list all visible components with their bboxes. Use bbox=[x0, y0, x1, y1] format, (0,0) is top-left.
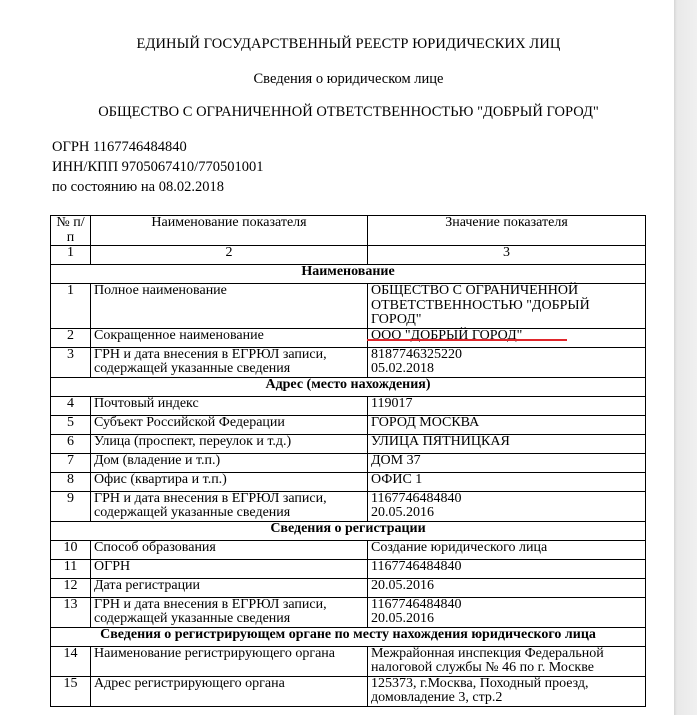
table-row: 2Сокращенное наименованиеООО "ДОБРЫЙ ГОР… bbox=[51, 328, 646, 347]
table-row: 3ГРН и дата внесения в ЕГРЮЛ записи, сод… bbox=[51, 347, 646, 377]
row-number: 2 bbox=[51, 328, 91, 347]
row-number: 8 bbox=[51, 472, 91, 491]
row-indicator-name: Адрес регистрирующего органа bbox=[91, 676, 368, 706]
row-indicator-value: Межрайонная инспекция Федеральной налого… bbox=[368, 646, 646, 676]
section-title: Наименование bbox=[51, 265, 646, 284]
header-indicator-name: Наименование показателя bbox=[91, 216, 368, 246]
row-indicator-name: Полное наименование bbox=[91, 284, 368, 329]
row-number: 11 bbox=[51, 559, 91, 578]
row-indicator-name: Почтовый индекс bbox=[91, 396, 368, 415]
row-indicator-value: ОФИС 1 bbox=[368, 472, 646, 491]
column-number-row: 1 2 3 bbox=[51, 246, 646, 265]
col-number-1: 1 bbox=[51, 246, 91, 265]
row-number: 10 bbox=[51, 540, 91, 559]
viewer-page-edge bbox=[674, 0, 697, 715]
row-indicator-value: Создание юридического лица bbox=[368, 540, 646, 559]
document-subtitle: Сведения о юридическом лице bbox=[0, 71, 697, 88]
table-row: 13ГРН и дата внесения в ЕГРЮЛ записи, со… bbox=[51, 597, 646, 627]
section-title: Сведения о регистрирующем органе по мест… bbox=[51, 627, 646, 646]
row-indicator-name: ГРН и дата внесения в ЕГРЮЛ записи, соде… bbox=[91, 491, 368, 521]
row-indicator-name: Сокращенное наименование bbox=[91, 328, 368, 347]
table-row: 14Наименование регистрирующего органаМеж… bbox=[51, 646, 646, 676]
row-indicator-name: Способ образования bbox=[91, 540, 368, 559]
table-row: 1Полное наименованиеОБЩЕСТВО С ОГРАНИЧЕН… bbox=[51, 284, 646, 329]
row-number: 15 bbox=[51, 676, 91, 706]
table-row: 11ОГРН1167746484840 bbox=[51, 559, 646, 578]
section-title: Сведения о регистрации bbox=[51, 521, 646, 540]
table-row: 12Дата регистрации20.05.2016 bbox=[51, 578, 646, 597]
row-indicator-value: 1167746484840 20.05.2016 bbox=[368, 491, 646, 521]
row-indicator-value: ГОРОД МОСКВА bbox=[368, 415, 646, 434]
section-header-row: Адрес (место нахождения) bbox=[51, 377, 646, 396]
table-row: 10Способ образованияСоздание юридическог… bbox=[51, 540, 646, 559]
row-number: 1 bbox=[51, 284, 91, 329]
row-indicator-name: Дата регистрации bbox=[91, 578, 368, 597]
row-indicator-name: Дом (владение и т.п.) bbox=[91, 453, 368, 472]
document-title: ЕДИНЫЙ ГОСУДАРСТВЕННЫЙ РЕЕСТР ЮРИДИЧЕСКИ… bbox=[0, 36, 697, 53]
row-indicator-name: Офис (квартира и т.п.) bbox=[91, 472, 368, 491]
table-row: 15Адрес регистрирующего органа125373, г.… bbox=[51, 676, 646, 706]
header-indicator-value: Значение показателя bbox=[368, 216, 646, 246]
inn-kpp-line: ИНН/КПП 9705067410/770501001 bbox=[52, 159, 263, 176]
row-indicator-value: 20.05.2016 bbox=[368, 578, 646, 597]
header-number: № п/п bbox=[51, 216, 91, 246]
row-indicator-name: Улица (проспект, переулок и т.д.) bbox=[91, 434, 368, 453]
section-header-row: Наименование bbox=[51, 265, 646, 284]
row-indicator-name: Наименование регистрирующего органа bbox=[91, 646, 368, 676]
section-header-row: Сведения о регистрирующем органе по мест… bbox=[51, 627, 646, 646]
row-indicator-name: Субъект Российской Федерации bbox=[91, 415, 368, 434]
row-indicator-value: УЛИЦА ПЯТНИЦКАЯ bbox=[368, 434, 646, 453]
date-line: по состоянию на 08.02.2018 bbox=[52, 179, 224, 196]
table-row: 9ГРН и дата внесения в ЕГРЮЛ записи, сод… bbox=[51, 491, 646, 521]
red-underline-highlight bbox=[367, 339, 567, 341]
row-number: 3 bbox=[51, 347, 91, 377]
document-page: ЕДИНЫЙ ГОСУДАРСТВЕННЫЙ РЕЕСТР ЮРИДИЧЕСКИ… bbox=[0, 0, 674, 715]
row-number: 7 bbox=[51, 453, 91, 472]
row-indicator-value: ООО "ДОБРЫЙ ГОРОД" bbox=[368, 328, 646, 347]
section-header-row: Сведения о регистрации bbox=[51, 521, 646, 540]
row-indicator-value: ОБЩЕСТВО С ОГРАНИЧЕННОЙ ОТВЕТСТВЕННОСТЬЮ… bbox=[368, 284, 646, 329]
company-name: ОБЩЕСТВО С ОГРАНИЧЕННОЙ ОТВЕТСТВЕННОСТЬЮ… bbox=[0, 104, 697, 121]
row-indicator-value: 1167746484840 20.05.2016 bbox=[368, 597, 646, 627]
egrul-table: № п/п Наименование показателя Значение п… bbox=[50, 215, 646, 707]
row-number: 6 bbox=[51, 434, 91, 453]
ogrn-line: ОГРН 1167746484840 bbox=[52, 139, 187, 156]
row-indicator-name: ГРН и дата внесения в ЕГРЮЛ записи, соде… bbox=[91, 597, 368, 627]
table-row: 7Дом (владение и т.п.)ДОМ 37 bbox=[51, 453, 646, 472]
row-number: 9 bbox=[51, 491, 91, 521]
row-indicator-name: ОГРН bbox=[91, 559, 368, 578]
row-number: 14 bbox=[51, 646, 91, 676]
row-indicator-value: ДОМ 37 bbox=[368, 453, 646, 472]
col-number-2: 2 bbox=[91, 246, 368, 265]
table-row: 5Субъект Российской ФедерацииГОРОД МОСКВ… bbox=[51, 415, 646, 434]
row-number: 13 bbox=[51, 597, 91, 627]
table-row: 8Офис (квартира и т.п.)ОФИС 1 bbox=[51, 472, 646, 491]
row-indicator-value: 1167746484840 bbox=[368, 559, 646, 578]
row-number: 12 bbox=[51, 578, 91, 597]
row-number: 4 bbox=[51, 396, 91, 415]
table-row: 4Почтовый индекс119017 bbox=[51, 396, 646, 415]
table-header-row: № п/п Наименование показателя Значение п… bbox=[51, 216, 646, 246]
col-number-3: 3 bbox=[368, 246, 646, 265]
row-indicator-value: 8187746325220 05.02.2018 bbox=[368, 347, 646, 377]
section-title: Адрес (место нахождения) bbox=[51, 377, 646, 396]
row-indicator-name: ГРН и дата внесения в ЕГРЮЛ записи, соде… bbox=[91, 347, 368, 377]
row-indicator-value: 119017 bbox=[368, 396, 646, 415]
row-indicator-value: 125373, г.Москва, Походный проезд, домов… bbox=[368, 676, 646, 706]
row-number: 5 bbox=[51, 415, 91, 434]
table-row: 6Улица (проспект, переулок и т.д.)УЛИЦА … bbox=[51, 434, 646, 453]
